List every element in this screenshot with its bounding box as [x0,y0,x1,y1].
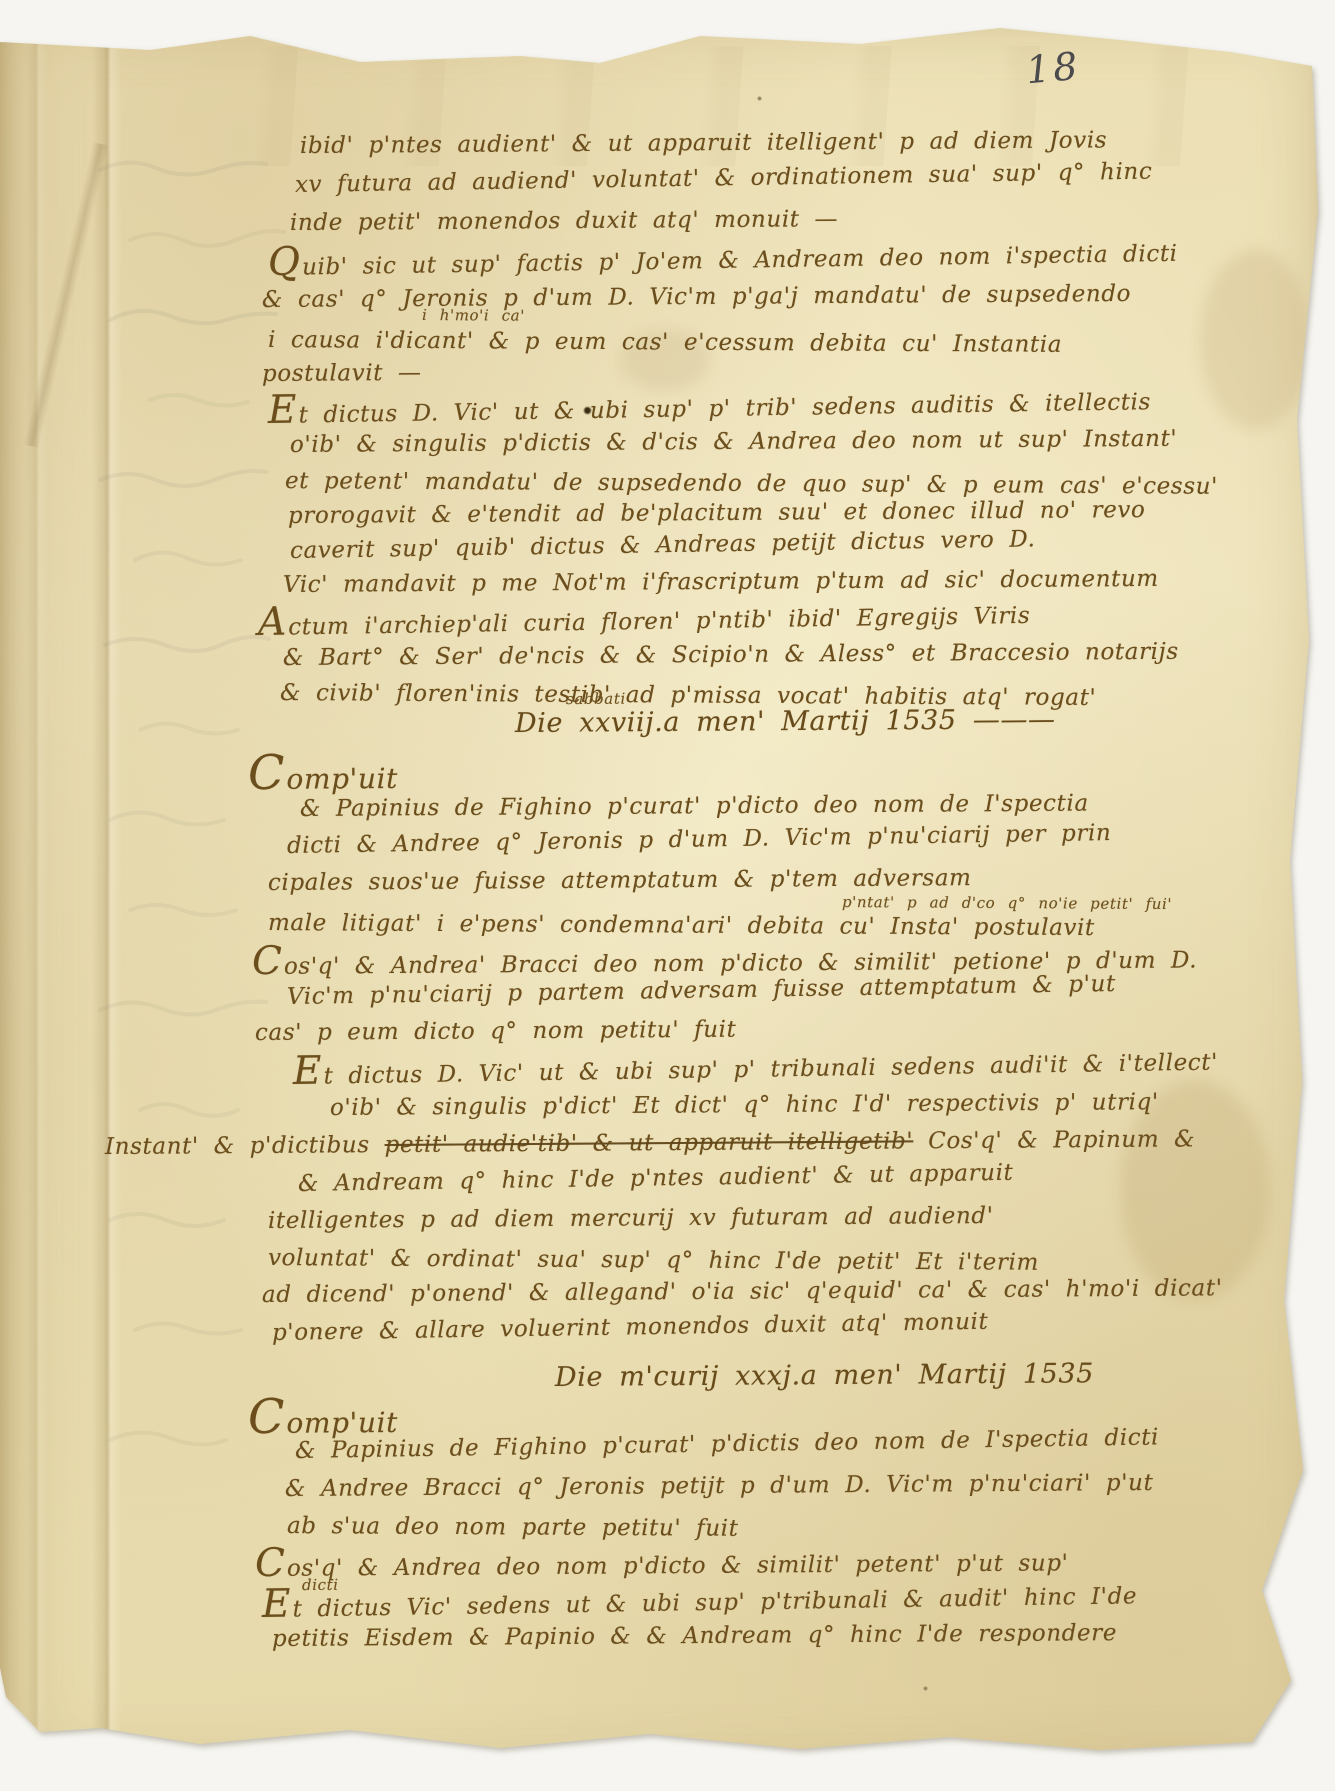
stain [1200,250,1310,430]
manuscript-line: xv futura ad audiend' voluntat' & ordina… [295,159,1153,198]
manuscript-line: p'onere & allare voluerint monendos duxi… [272,1309,989,1346]
manuscript-line: & Andream q° hinc I'de p'ntes audient' &… [298,1160,1014,1197]
manuscript-line: et petent' mandatu' de supsedendo de quo… [285,468,1218,500]
interlinear-insertion: sabbati [566,690,626,708]
scanned-manuscript: 18 ibid' p'ntes audient' & ut apparuit i… [0,0,1335,1791]
manuscript-page: 18 ibid' p'ntes audient' & ut apparuit i… [0,0,1335,1791]
manuscript-line: Cos'q' & Andrea deo nom p'dicto & simili… [255,1543,1069,1582]
manuscript-line: Et dictus D. Vic' ut & ubi sup' p' tribu… [293,1042,1219,1090]
manuscript-line: & Papinius de Fighino p'curat' p'dictis … [295,1424,1159,1464]
manuscript-line: ab s'ua deo nom parte petitu' fuit [287,1513,739,1542]
struck-through-text: petit' audie'tib' & ut apparuit itellige… [385,1128,914,1158]
left-edge-crease [26,40,48,1730]
manuscript-line: & Andree Bracci q° Jeronis petijt p d'um… [285,1470,1154,1502]
manuscript-line: Actum i'archiep'ali curia floren' p'ntib… [258,596,1031,641]
date-heading: Die m'curij xxxj.a men' Martij 1535 [555,1358,1094,1393]
line-segment: Instant' & p'dictibus [105,1132,370,1160]
manuscript-line: Quib' sic ut sup' factis p' Jo'em & Andr… [268,234,1178,281]
manuscript-line: postulavit — [262,360,422,387]
manuscript-line: o'ib' & singulis p'dictis & d'cis & Andr… [290,426,1177,458]
manuscript-line: Et dictus Vic' sedens ut & ubi sup' p'tr… [262,1576,1138,1623]
interlinear-insertion: i h'mo'i ca' [422,306,525,325]
manuscript-line: cas' p eum dicto q° nom petitu' fuit [255,1017,737,1046]
manuscript-line: male litigat' i e'pens' condemna'ari' de… [268,910,1095,941]
ink-speck [923,1686,928,1691]
manuscript-line: petitis Eisdem & Papinio & & Andream q° … [272,1620,1117,1652]
manuscript-line: cipales suos'ue fuisse attemptatum & p't… [268,865,972,896]
manuscript-line: Instant' & p'dictibus petit' audie'tib' … [105,1126,1195,1160]
manuscript-line: ad dicend' p'onend' & allegand' o'ia sic… [262,1275,1223,1308]
manuscript-line: ibid' p'ntes audient' & ut apparuit itel… [300,127,1107,159]
manuscript-line: itelligentes p ad diem mercurij xv futur… [268,1203,994,1234]
page-shadow-wrap: 18 ibid' p'ntes audient' & ut apparuit i… [0,0,1335,1791]
ink-speck [757,96,762,101]
manuscript-line: caverit sup' quib' dictus & Andreas peti… [290,526,1036,564]
left-fold-crease [92,40,122,1740]
manuscript-line: & Bart° & Ser' de'ncis & & Scipio'n & Al… [283,639,1179,671]
manuscript-line: Comp'uit [248,1399,398,1440]
manuscript-line: Et dictus D. Vic' ut & ubi sup' p' trib'… [268,382,1151,429]
manuscript-line: o'ib' & singulis p'dict' Et dict' q° hin… [330,1089,1159,1121]
manuscript-line: & cas' q° Jeronis p d'um D. Vic'm p'ga'j… [262,281,1131,313]
manuscript-line: Comp'uit [248,755,398,796]
manuscript-line: prorogavit & e'tendit ad be'placitum suu… [288,497,1146,529]
date-heading: Die xxviij.a men' Martij 1535 ——— [515,704,1056,739]
folio-number: 18 [1024,44,1082,93]
manuscript-line: dicti & Andree q° Jeronis p d'um D. Vic'… [287,820,1112,859]
manuscript-line: Vic' mandavit p me Not'm i'frascriptum p… [283,566,1159,598]
manuscript-line: inde petit' monendos duxit atq' monuit — [290,206,838,236]
manuscript-line: i causa i'dicant' & p eum cas' e'cessum … [268,327,1062,358]
corner-crease [23,142,108,448]
manuscript-line: & Papinius de Fighino p'curat' p'dicto d… [300,790,1089,822]
manuscript-line: voluntat' & ordinat' sua' sup' q° hinc I… [268,1245,1039,1276]
interlinear-insertion: p'ntat' p ad d'co q° no'ie petit' fui' [842,893,1172,913]
line-segment: Cos'q' & Papinum & [928,1126,1195,1154]
